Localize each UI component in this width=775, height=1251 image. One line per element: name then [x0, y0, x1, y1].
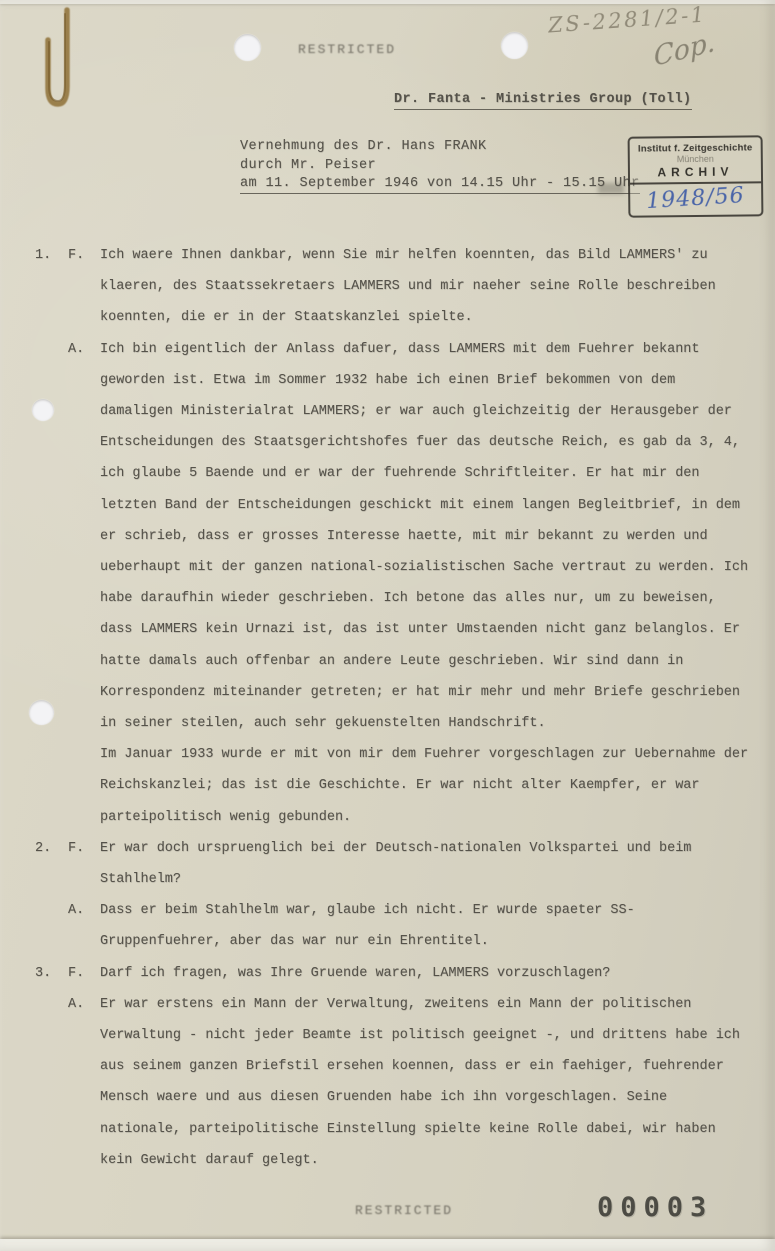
answer-marker: A. — [68, 895, 100, 957]
qa-item-3-answer: A. Er war erstens ein Mann der Verwaltun… — [0, 989, 775, 1176]
question-text: Darf ich fragen, was Ihre Gruende waren,… — [100, 958, 749, 989]
qa-item-1-answer: A. Ich bin eigentlich der Anlass dafuer,… — [0, 334, 775, 833]
document-title: Dr. Fanta - Ministries Group (Toll) — [394, 92, 692, 107]
transcript-body: 1. F. Ich waere Ihnen dankbar, wenn Sie … — [0, 240, 775, 1176]
question-marker: F. — [68, 240, 100, 334]
interrogator-line: durch Mr. Peiser — [240, 157, 640, 176]
answer-number-spacer — [35, 989, 68, 1176]
document-title-text: Dr. Fanta - Ministries Group (Toll) — [394, 92, 692, 110]
scanned-document-page: RESTRICTED ZS-2281/2-1 Cop. Dr. Fanta - … — [0, 0, 775, 1251]
answer-text: Dass er beim Stahlhelm war, glaube ich n… — [100, 895, 749, 957]
paperclip-mark — [36, 2, 80, 137]
qa-item-1-question: 1. F. Ich waere Ihnen dankbar, wenn Sie … — [0, 240, 775, 334]
archive-institute-name: Institut f. Zeitgeschichte — [632, 142, 759, 154]
question-marker: F. — [68, 958, 100, 989]
interrogation-subject: Vernehmung des Dr. Hans FRANK — [240, 138, 640, 157]
qa-item-2-answer: A. Dass er beim Stahlhelm war, glaube ic… — [0, 895, 775, 957]
page-number-stamp: 00003 — [597, 1192, 713, 1223]
ink-smudge — [598, 183, 624, 194]
archive-stamp: Institut f. Zeitgeschichte München ARCHI… — [628, 135, 764, 217]
archive-stamp-number-section: 1948/56 — [630, 183, 761, 215]
pencil-reference-number: ZS-2281/2-1 — [547, 2, 707, 37]
answer-number-spacer — [35, 895, 68, 957]
date-time-line: am 11. September 1946 von 14.15 Uhr - 15… — [240, 175, 640, 194]
answer-marker: A. — [68, 989, 100, 1176]
interrogation-header: Vernehmung des Dr. Hans FRANK durch Mr. … — [240, 138, 640, 194]
scan-edge-top — [0, 0, 775, 4]
pencil-copy-note: Cop. — [653, 26, 716, 73]
archive-label: ARCHIV — [632, 164, 759, 179]
qa-item-2-question: 2. F. Er war doch urspruenglich bei der … — [0, 833, 775, 895]
archive-city: München — [632, 153, 759, 164]
question-number: 1. — [35, 240, 68, 334]
answer-text: Ich bin eigentlich der Anlass dafuer, da… — [100, 334, 749, 833]
question-number: 2. — [35, 833, 68, 895]
punch-hole — [234, 34, 261, 61]
qa-item-3-question: 3. F. Darf ich fragen, was Ihre Gruende … — [0, 958, 775, 989]
classification-stamp-bottom: RESTRICTED — [355, 1203, 453, 1218]
scan-edge-bottom — [0, 1239, 775, 1251]
question-text: Er war doch urspruenglich bei der Deutsc… — [100, 833, 749, 895]
answer-number-spacer — [35, 334, 68, 833]
question-marker: F. — [68, 833, 100, 895]
answer-text: Er war erstens ein Mann der Verwaltung, … — [100, 989, 749, 1176]
archive-accession-number: 1948/56 — [646, 183, 746, 214]
question-number: 3. — [35, 958, 68, 989]
archive-stamp-header: Institut f. Zeitgeschichte München ARCHI… — [630, 137, 761, 184]
punch-hole — [501, 32, 528, 59]
question-text: Ich waere Ihnen dankbar, wenn Sie mir he… — [100, 240, 749, 334]
answer-marker: A. — [68, 334, 100, 833]
classification-stamp-top: RESTRICTED — [298, 42, 396, 57]
